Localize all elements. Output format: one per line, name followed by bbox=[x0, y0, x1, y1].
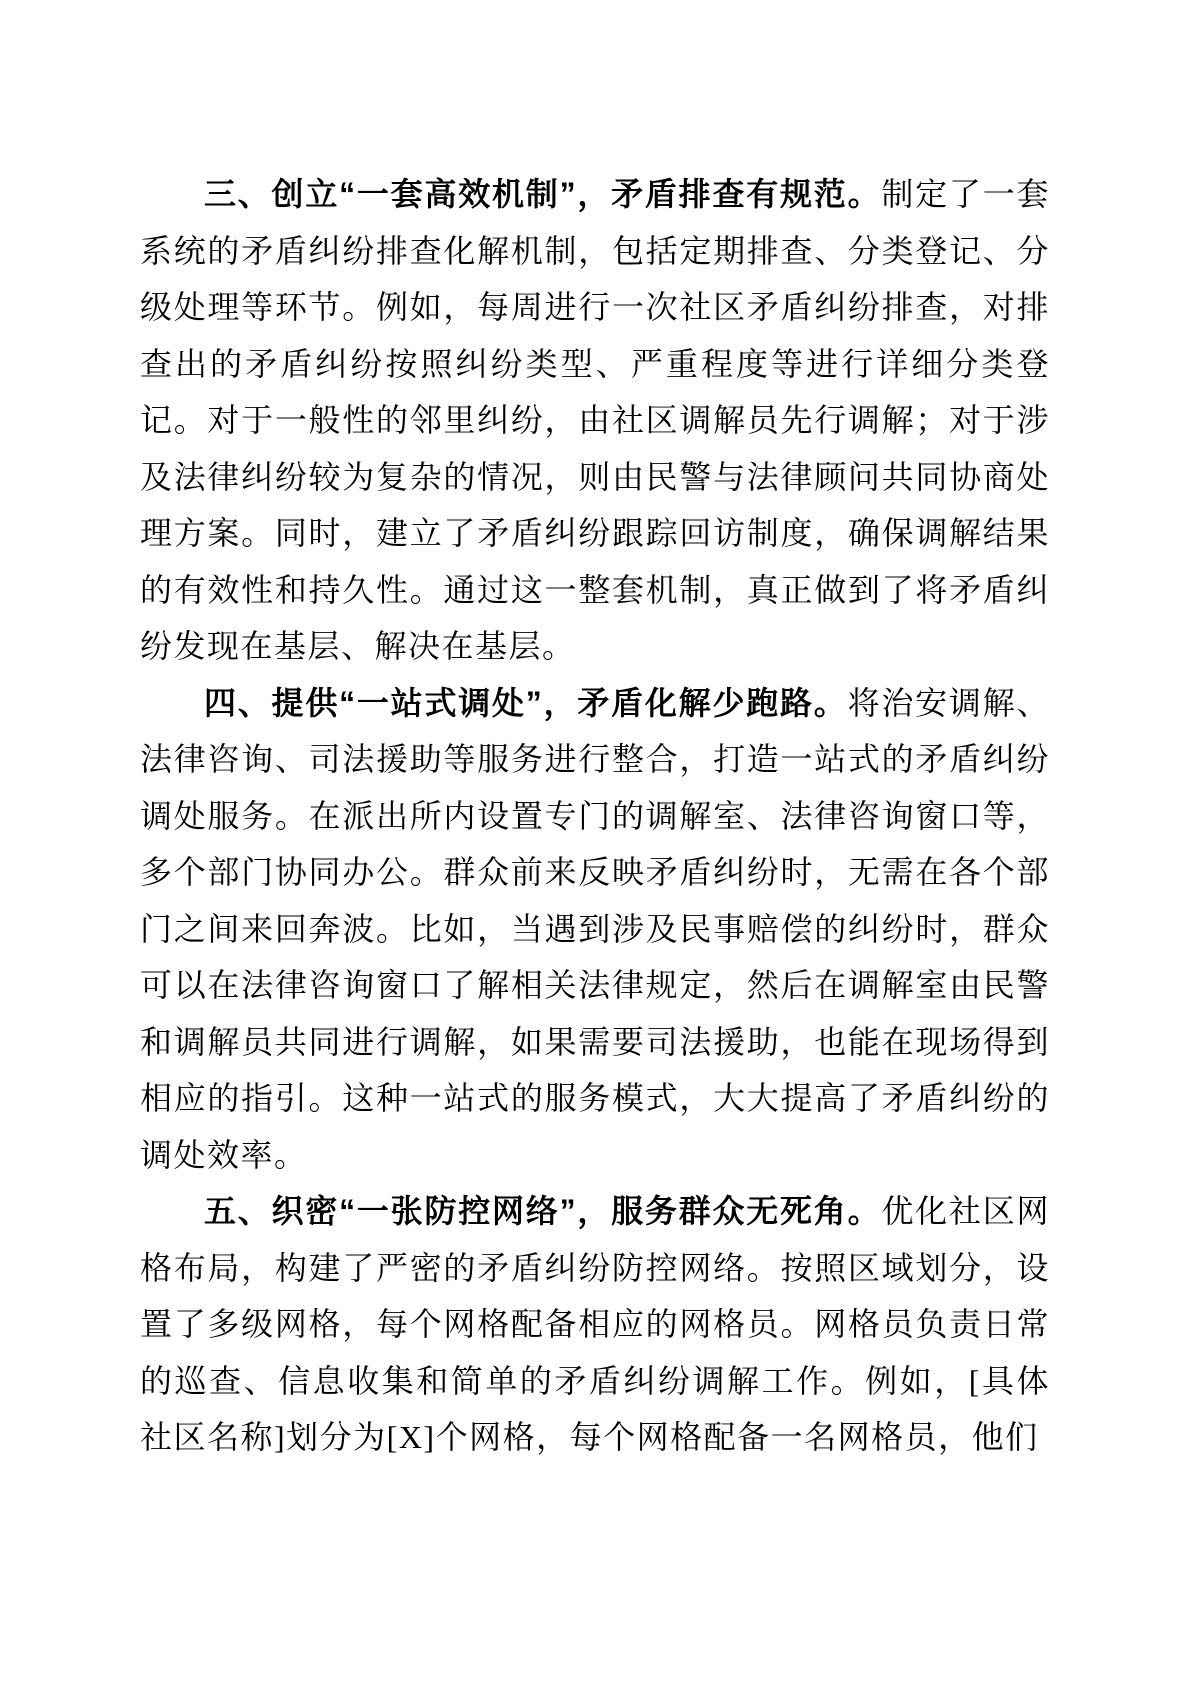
section-three-body: 制定了一套系统的矛盾纠纷排查化解机制，包括定期排查、分类登记、分级处理等环节。例… bbox=[140, 176, 1050, 664]
section-four-heading: 四、提供“一站式调处”，矛盾化解少跑路。 bbox=[204, 685, 848, 721]
paragraph-section-four: 四、提供“一站式调处”，矛盾化解少跑路。将治安调解、法律咨询、司法援助等服务进行… bbox=[140, 675, 1050, 1184]
section-five-heading: 五、织密“一张防控网络”，服务群众无死角。 bbox=[204, 1193, 881, 1229]
paragraph-section-three: 三、创立“一套高效机制”，矛盾排查有规范。制定了一套系统的矛盾纠纷排查化解机制，… bbox=[140, 166, 1050, 675]
paragraph-section-five: 五、织密“一张防控网络”，服务群众无死角。优化社区网格布局，构建了严密的矛盾纠纷… bbox=[140, 1183, 1050, 1466]
section-four-body: 将治安调解、法律咨询、司法援助等服务进行整合，打造一站式的矛盾纠纷调处服务。在派… bbox=[140, 685, 1050, 1173]
document-page: 三、创立“一套高效机制”，矛盾排查有规范。制定了一套系统的矛盾纠纷排查化解机制，… bbox=[0, 0, 1190, 1683]
section-five-body: 优化社区网格布局，构建了严密的矛盾纠纷防控网络。按照区域划分，设置了多级网格，每… bbox=[140, 1193, 1050, 1455]
section-three-heading: 三、创立“一套高效机制”，矛盾排查有规范。 bbox=[204, 176, 881, 212]
